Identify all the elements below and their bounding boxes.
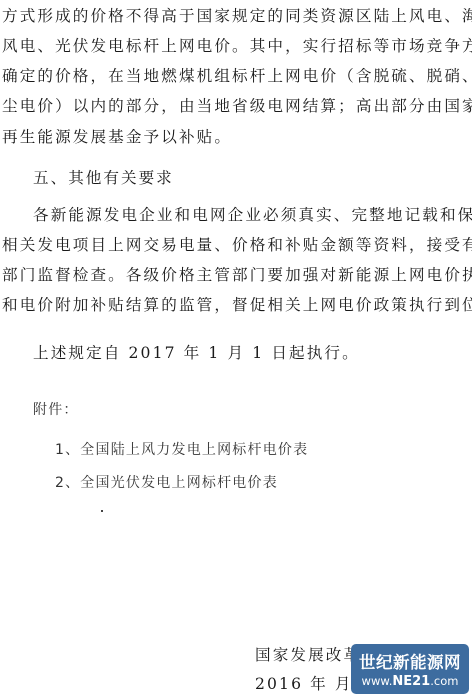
watermark-title: 世纪新能源网 [351, 649, 469, 673]
section-line: 和电价附加补贴结算的监管，督促相关上网电价政策执行到位。 [2, 295, 472, 315]
url-suffix: .com [430, 674, 458, 688]
paragraph-line: 再生能源发展基金予以补贴。 [2, 127, 232, 147]
effective-date-line: 上述规定自 2017 年 1 月 1 日起执行。 [33, 343, 360, 363]
url-prefix: www. [362, 674, 393, 688]
section-line: 部门监督检查。各级价格主管部门要加强对新能源上网电价执行 [2, 265, 472, 285]
section-line: 各新能源发电企业和电网企业必须真实、完整地记载和保存 [33, 205, 472, 225]
attachment-item: 1、全国陆上风力发电上网标杆电价表 [55, 440, 308, 460]
section-heading: 五、其他有关要求 [33, 168, 174, 188]
section-line: 相关发电项目上网交易电量、价格和补贴金额等资料，接受有关 [2, 235, 472, 255]
watermark-logo: 世纪新能源网 www.NE21.com [351, 644, 469, 694]
paragraph-line: 方式形成的价格不得高于国家规定的同类资源区陆上风电、海上 [2, 6, 472, 26]
stray-mark [101, 510, 103, 512]
paragraph-line: 风电、光伏发电标杆上网电价。其中，实行招标等市场竞争方式 [2, 36, 472, 56]
paragraph-line: 确定的价格，在当地燃煤机组标杆上网电价（含脱硫、脱硝、除 [2, 66, 472, 86]
paragraph-line: 尘电价）以内的部分，由当地省级电网结算；高出部分由国家可 [2, 96, 472, 116]
attachment-item: 2、全国光伏发电上网标杆电价表 [55, 473, 278, 493]
watermark-url: www.NE21.com [351, 674, 469, 689]
issue-date: 2016 年 月 [255, 674, 353, 694]
url-brand: NE21 [392, 674, 430, 689]
attachments-label: 附件： [33, 400, 79, 420]
